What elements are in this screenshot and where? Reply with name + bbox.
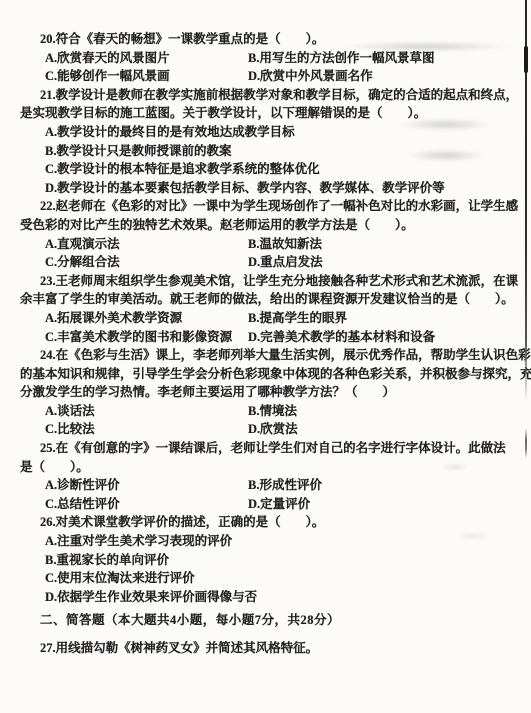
option-row: A.拓展课外美术教学资源B.提高学生的眼界 [20, 309, 525, 328]
option-d: D.欣赏中外风景画名作 [248, 67, 373, 86]
option-row: C.总结性评价D.定量评价 [20, 495, 525, 514]
option-a: A.谈话法 [45, 402, 95, 421]
question-stem-line: 余丰富了学生的审美活动。就王老师的做法，给出的课程资源开发建议恰当的是（ ）。 [20, 290, 525, 309]
scan-edge-blob [524, 46, 529, 73]
question-27: 27.用线描勾勒《树神药叉女》并简述其风格特征。 [20, 639, 525, 658]
exam-content: 20.符合《春天的畅想》一课教学重点的是（ ）。A.欣赏春天的风景图片B.用写生… [0, 0, 531, 658]
option-row: B.重视家长的单向评价 [20, 551, 525, 570]
option-d: D.教学设计的基本要素包括教学目标、教学内容、教学媒体、教学评价等 [45, 179, 445, 198]
option-row: C.分解组合法D.重点启发法 [20, 253, 525, 272]
question-24: 24.在《色彩与生活》课上，李老师列举大量生活实例，展示优秀作品，帮助学生认识色… [20, 346, 525, 439]
option-row: A.谈话法B.情境法 [20, 402, 525, 421]
question-stem-line: 的基本知识和规律，引导学生学会分析色彩现象中体现的各种色彩关系，并积极参与探究，… [20, 365, 525, 384]
option-b: B.提高学生的眼界 [248, 309, 347, 328]
option-row: C.丰富美术教学的图书和影像资源D.完善美术教学的基本材料和设备 [20, 328, 525, 347]
question-stem-line: 27.用线描勾勒《树神药叉女》并简述其风格特征。 [20, 639, 525, 658]
scan-artifact [440, 463, 470, 471]
question-stem-line: 21.教学设计是教师在教学实施前根据教学对象和教学目标，确定的合适的起点和终点， [20, 86, 525, 105]
section-header: 二、简答题（本大题共4小题，每小题7分，共28分） [20, 611, 525, 630]
scan-edge-line-lower [525, 428, 527, 458]
question-22: 22.赵老师在《色彩的对比》一课中为学生现场创作了一幅补色对比的水彩画，让学生感… [20, 197, 525, 271]
question-stem-line: 22.赵老师在《色彩的对比》一课中为学生现场创作了一幅补色对比的水彩画，让学生感 [20, 197, 525, 216]
option-c: C.丰富美术教学的图书和影像资源 [45, 328, 232, 347]
question-stem-line: 23.王老师周末组织学生参观美术馆，让学生充分地接触各种艺术形式和艺术流派，在课 [20, 272, 525, 291]
exam-page: 20.符合《春天的畅想》一课教学重点的是（ ）。A.欣赏春天的风景图片B.用写生… [0, 0, 531, 713]
question-21: 21.教学设计是教师在教学实施前根据教学对象和教学目标，确定的合适的起点和终点，… [20, 86, 525, 198]
option-row: C.比较法D.欣赏法 [20, 420, 525, 439]
scan-artifact [398, 118, 493, 131]
option-a: A.欣赏春天的风景图片 [45, 49, 170, 68]
option-b: B.教学设计只是教师授课前的教案 [45, 142, 231, 161]
option-row: D.依据学生作业效果来评价画得像与否 [20, 588, 525, 607]
option-row: C.使用末位淘汰来进行评价 [20, 569, 525, 588]
option-row: C.教学设计的根本特征是追求教学系统的整体优化 [20, 160, 525, 179]
option-c: C.教学设计的根本特征是追求教学系统的整体优化 [45, 160, 320, 179]
option-row: C.能够创作一幅风景画D.欣赏中外风景画名作 [20, 67, 525, 86]
option-row: A.注重对学生美术学习表现的评价 [20, 532, 525, 551]
option-a: A.直观演示法 [45, 235, 120, 254]
question-stem-line: 受色彩的对比产生的独特艺术效果。赵老师运用的教学方法是（ ）。 [20, 216, 525, 235]
option-row: A.诊断性评价B.形成性评价 [20, 476, 525, 495]
option-a: A.拓展课外美术教学资源 [45, 309, 182, 328]
option-c: C.比较法 [45, 420, 95, 439]
option-c: C.分解组合法 [45, 253, 120, 272]
option-row: D.教学设计的基本要素包括教学目标、教学内容、教学媒体、教学评价等 [20, 179, 525, 198]
question-stem-line: 26.对美术课堂教学评价的描述，正确的是（ ）。 [20, 513, 525, 532]
option-b: B.重视家长的单向评价 [45, 551, 169, 570]
option-d: D.定量评价 [248, 495, 310, 514]
question-stem-line: 25.在《有创意的字》一课结课后，老师让学生们对自己的名字进行字体设计。此做法 [20, 439, 525, 458]
option-a: A.诊断性评价 [45, 476, 120, 495]
question-25: 25.在《有创意的字》一课结课后，老师让学生们对自己的名字进行字体设计。此做法是… [20, 439, 525, 513]
scan-artifact [455, 532, 491, 540]
option-d: D.重点启发法 [248, 253, 323, 272]
option-d: D.欣赏法 [248, 420, 298, 439]
option-a: A.教学设计的最终目的是有效地达成教学目标 [45, 123, 295, 142]
option-b: B.情境法 [248, 402, 297, 421]
option-c: C.总结性评价 [45, 495, 120, 514]
question-23: 23.王老师周末组织学生参观美术馆，让学生充分地接触各种艺术形式和艺术流派，在课… [20, 272, 525, 346]
option-row: A.直观演示法B.温故知新法 [20, 235, 525, 254]
scan-artifact [342, 41, 512, 52]
option-c: C.能够创作一幅风景画 [45, 67, 170, 86]
option-d: D.依据学生作业效果来评价画得像与否 [45, 588, 257, 607]
question-stem-line: 分激发学生的学习热情。李老师主要运用了哪种教学方法？（ ） [20, 383, 525, 402]
question-26: 26.对美术课堂教学评价的描述，正确的是（ ）。A.注重对学生美术学习表现的评价… [20, 513, 525, 606]
option-c: C.使用末位淘汰来进行评价 [45, 569, 195, 588]
option-d: D.完善美术教学的基本材料和设备 [248, 328, 435, 347]
option-a: A.注重对学生美术学习表现的评价 [45, 532, 232, 551]
option-b: B.温故知新法 [248, 235, 322, 254]
question-stem-line: 24.在《色彩与生活》课上，李老师列举大量生活实例，展示优秀作品，帮助学生认识色… [20, 346, 525, 365]
question-20: 20.符合《春天的畅想》一课教学重点的是（ ）。A.欣赏春天的风景图片B.用写生… [20, 30, 525, 86]
option-b: B.形成性评价 [248, 476, 322, 495]
scan-artifact [406, 149, 486, 162]
